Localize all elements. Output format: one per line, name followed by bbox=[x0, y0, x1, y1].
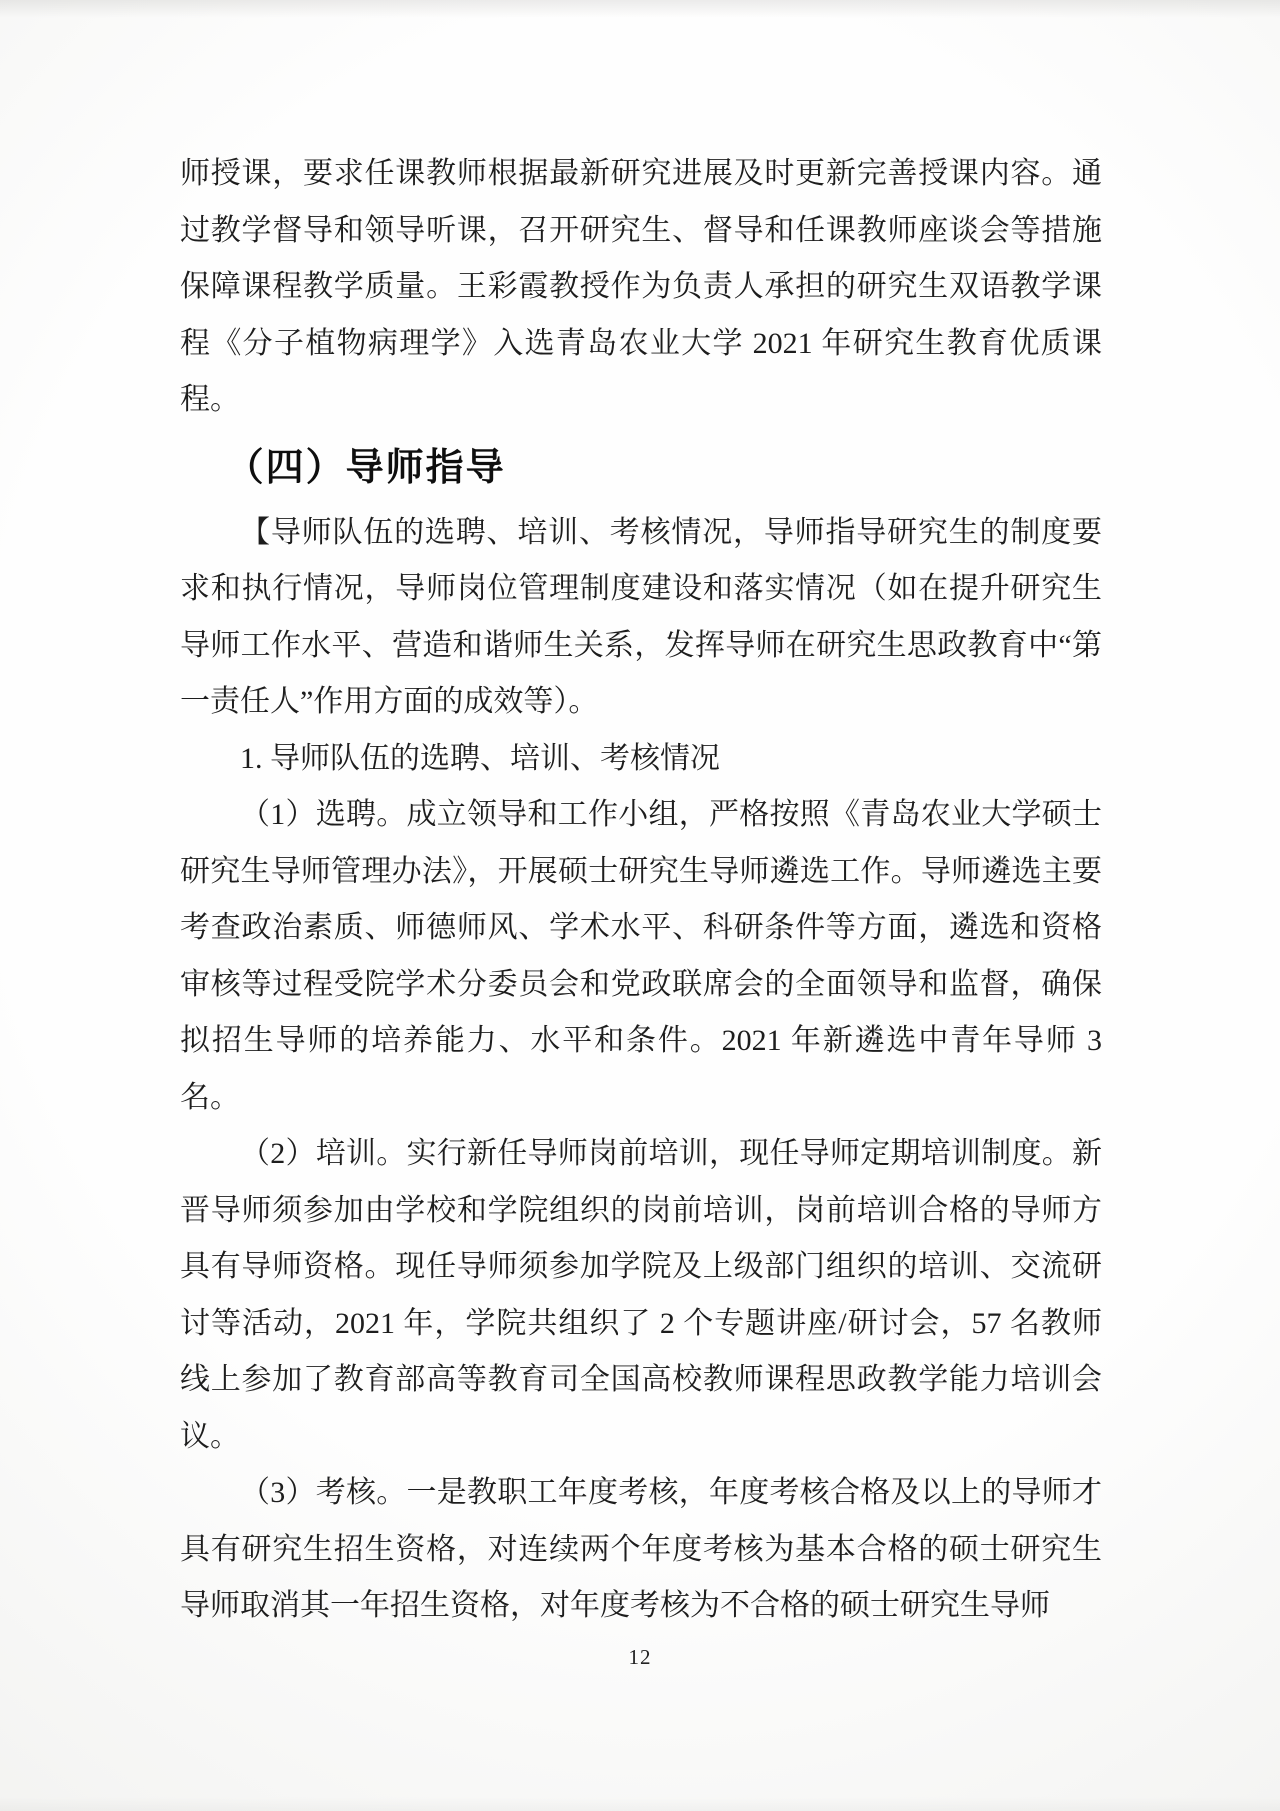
section-heading-supervisor-guidance: （四）导师指导 bbox=[180, 437, 1102, 499]
paragraph-training: （2）培训。实行新任导师岗前培训，现任导师定期培训制度。新晋导师须参加由学校和学… bbox=[180, 1126, 1102, 1465]
list-heading-supervisor-team: 1. 导师队伍的选聘、培训、考核情况 bbox=[180, 731, 1102, 788]
document-page: 师授课，要求任课教师根据最新研究进展及时更新完善授课内容。通过教学督导和领导听课… bbox=[0, 0, 1280, 1811]
page-number: 12 bbox=[0, 1645, 1280, 1670]
paragraph-supervisor-brief: 【导师队伍的选聘、培训、考核情况，导师指导研究生的制度要求和执行情况，导师岗位管… bbox=[180, 505, 1102, 731]
body-text-column: 师授课，要求任课教师根据最新研究进展及时更新完善授课内容。通过教学督导和领导听课… bbox=[180, 146, 1102, 1635]
paragraph-selection: （1）选聘。成立领导和工作小组，严格按照《青岛农业大学硕士研究生导师管理办法》，… bbox=[180, 787, 1102, 1126]
paragraph-assessment: （3）考核。一是教职工年度考核，年度考核合格及以上的导师才具有研究生招生资格，对… bbox=[180, 1465, 1102, 1635]
paragraph-course-quality-continuation: 师授课，要求任课教师根据最新研究进展及时更新完善授课内容。通过教学督导和领导听课… bbox=[180, 146, 1102, 429]
